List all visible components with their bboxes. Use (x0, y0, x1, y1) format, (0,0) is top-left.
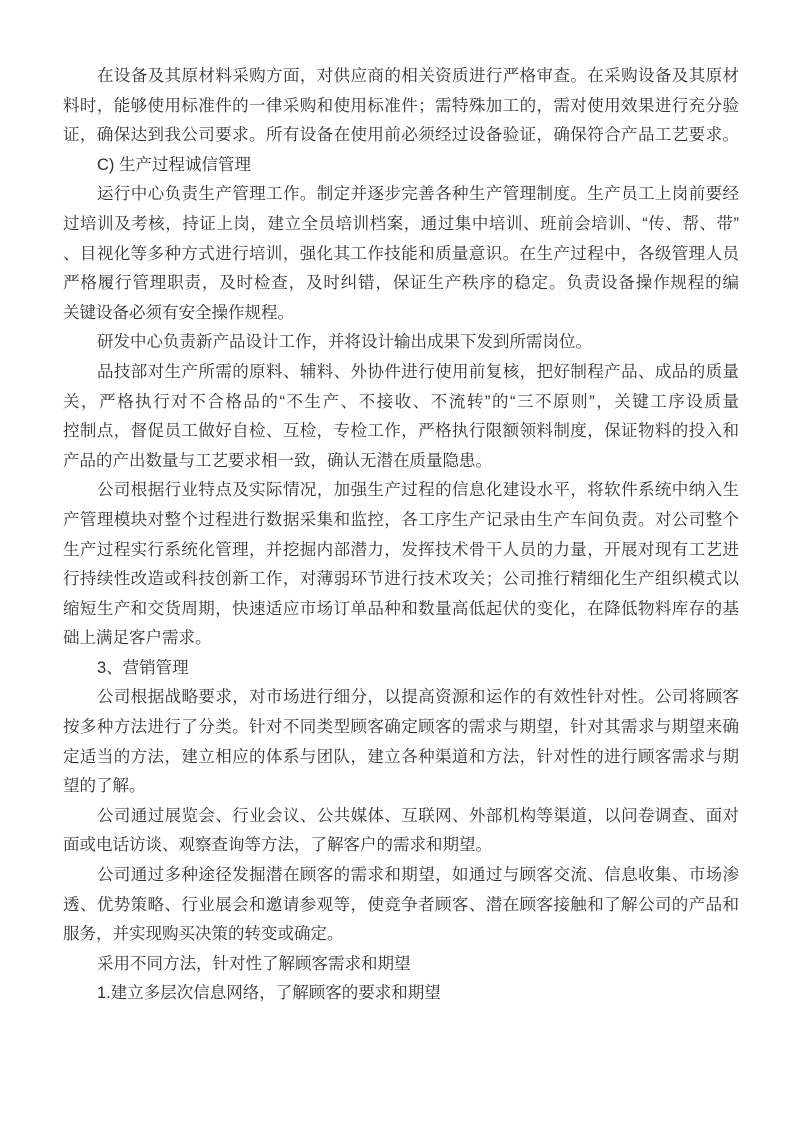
text-line: C) 生产过程诚信管理 (63, 151, 739, 181)
text-line: 公司根据战略要求，对市场进行细分，以提高资源和运作的有效性针对性。公司将顾客 (63, 683, 739, 713)
text-line: 生产过程实行系统化管理，并挖掘内部潜力，发挥技术骨干人员的力量，开展对现有工艺进 (63, 536, 739, 566)
text-line: 在设备及其原材料采购方面，对供应商的相关资质进行严格审查。在采购设备及其原材 (63, 62, 739, 92)
text-line: 料时，能够使用标准件的一律采购和使用标准件；需特殊加工的，需对使用效果进行充分验 (63, 92, 739, 122)
text-line: 公司根据行业特点及实际情况，加强生产过程的信息化建设水平，将软件系统中纳入生 (63, 476, 739, 506)
text-line: 透、优势策略、行业展会和邀请参观等，使竞争者顾客、潜在顾客接触和了解公司的产品和 (63, 891, 739, 921)
text-line: 望的了解。 (63, 772, 739, 802)
text-line: 公司通过多种途径发掘潜在顾客的需求和期望，如通过与顾客交流、信息收集、市场渗 (63, 861, 739, 891)
text-line: 运行中心负责生产管理工作。制定并逐步完善各种生产管理制度。生产员工上岗前要经 (63, 180, 739, 210)
text-line: 严格履行管理职责，及时检查，及时纠错，保证生产秩序的稳定。负责设备操作规程的编制… (63, 269, 739, 299)
text-line: 3、营销管理 (63, 654, 739, 684)
document-text: 在设备及其原材料采购方面，对供应商的相关资质进行严格审查。在采购设备及其原材料时… (63, 62, 739, 1009)
text-line: 产品的产出数量与工艺要求相一致，确认无潜在质量隐患。 (63, 447, 739, 477)
text-line: 行持续性改造或科技创新工作，对薄弱环节进行技术攻关；公司推行精细化生产组织模式以 (63, 565, 739, 595)
text-line: 公司通过展览会、行业会议、公共媒体、互联网、外部机构等渠道，以问卷调查、面对 (63, 802, 739, 832)
text-line: 础上满足客户需求。 (63, 624, 739, 654)
text-line: 关，严格执行对不合格品的“不生产、不接收、不流转”的“三不原则”，关键工序设质量 (63, 388, 739, 418)
text-line: 产管理模块对整个过程进行数据采集和监控，各工序生产记录由生产车间负责。对公司整个 (63, 506, 739, 536)
text-line: 服务，并实现购买决策的转变或确定。 (63, 920, 739, 950)
document-page: 在设备及其原材料采购方面，对供应商的相关资质进行严格审查。在采购设备及其原材料时… (0, 0, 800, 1131)
text-line: 关键设备必须有安全操作规程。 (63, 299, 739, 329)
text-line: 控制点，督促员工做好自检、互检，专检工作，严格执行限额领料制度，保证物料的投入和 (63, 417, 739, 447)
text-line: 品技部对生产所需的原料、辅料、外协件进行使用前复核，把好制程产品、成品的质量 (63, 358, 739, 388)
text-line: 面或电话访谈、观察查询等方法，了解客户的需求和期望。 (63, 831, 739, 861)
text-line: 过培训及考核，持证上岗，建立全员培训档案，通过集中培训、班前会培训、“传、帮、带… (63, 210, 739, 240)
text-line: 1.建立多层次信息网络，了解顾客的要求和期望 (63, 979, 739, 1009)
text-line: 按多种方法进行了分类。针对不同类型顾客确定顾客的需求与期望，针对其需求与期望来确 (63, 713, 739, 743)
text-line: 缩短生产和交货周期，快速适应市场订单品种和数量高低起伏的变化，在降低物料库存的基 (63, 595, 739, 625)
text-line: 证，确保达到我公司要求。所有设备在使用前必须经过设备验证，确保符合产品工艺要求。 (63, 121, 739, 151)
text-line: 采用不同方法，针对性了解顾客需求和期望 (63, 950, 739, 980)
text-line: 研发中心负责新产品设计工作，并将设计输出成果下发到所需岗位。 (63, 328, 739, 358)
text-line: 、目视化等多种方式进行培训，强化其工作技能和质量意识。在生产过程中，各级管理人员 (63, 240, 739, 270)
text-line: 定适当的方法，建立相应的体系与团队，建立各种渠道和方法，针对性的进行顾客需求与期 (63, 743, 739, 773)
